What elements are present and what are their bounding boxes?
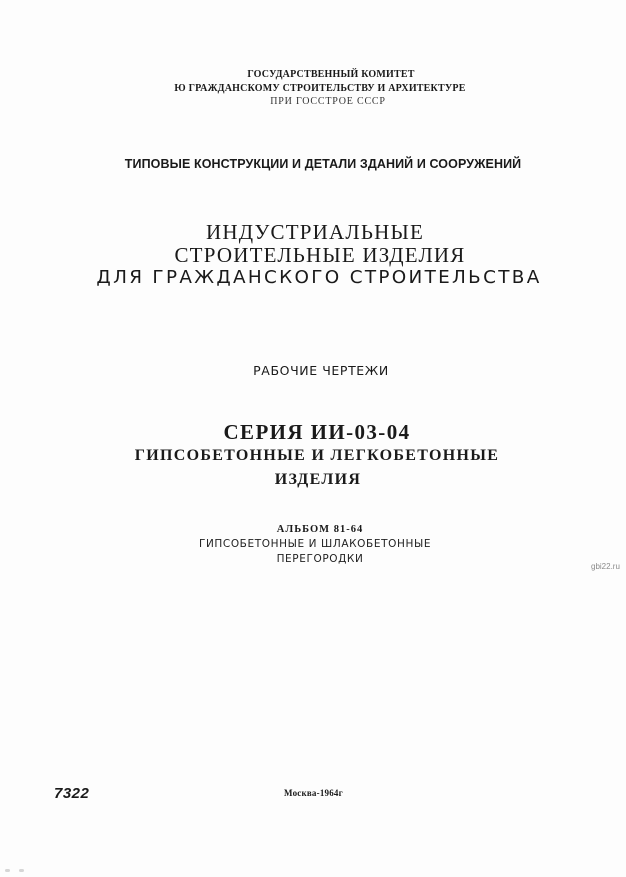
series-block: СЕРИЯ ИИ-03-04 ГИПСОБЕТОННЫЕ И ЛЕГКОБЕТО… — [0, 420, 626, 492]
series-code: СЕРИЯ ИИ-03-04 — [8, 420, 626, 444]
album-line-2: ПЕРЕГОРОДКИ — [14, 552, 626, 567]
place-and-year: Москва-1964г — [284, 788, 343, 798]
series-line-2: ИЗДЕЛИЯ — [10, 468, 626, 492]
album-line-1: ГИПСОБЕТОННЫЕ И ШЛАКОБЕТОННЫЕ — [4, 537, 626, 552]
main-title-line-3: ДЛЯ ГРАЖДАНСКОГО СТРОИТЕЛЬСТВА — [0, 267, 626, 290]
scan-artifact — [19, 869, 24, 872]
main-title-line-1: ИНДУСТРИАЛЬНЫЕ — [4, 221, 626, 244]
committee-line-3: ПРИ ГОССТРОЕ СССР — [30, 95, 626, 109]
watermark: gbi22.ru — [591, 562, 620, 571]
committee-header: ГОСУДАРСТВЕННЫЙ КОМИТЕТ Ю ГРАЖДАНСКОМУ С… — [0, 68, 626, 109]
album-number: АЛЬБОМ 81-64 — [14, 522, 626, 537]
committee-line-1: ГОСУДАРСТВЕННЫЙ КОМИТЕТ — [36, 68, 626, 82]
collection-title: ТИПОВЫЕ КОНСТРУКЦИИ И ДЕТАЛИ ЗДАНИЙ И СО… — [10, 157, 626, 171]
main-title-line-2: СТРОИТЕЛЬНЫЕ ИЗДЕЛИЯ — [14, 244, 626, 267]
committee-line-2: Ю ГРАЖДАНСКОМУ СТРОИТЕЛЬСТВУ И АРХИТЕКТУ… — [14, 82, 626, 96]
inventory-number: 7322 — [54, 785, 89, 802]
series-line-1: ГИПСОБЕТОННЫЕ И ЛЕГКОБЕТОННЫЕ — [8, 444, 626, 468]
album-block: АЛЬБОМ 81-64 ГИПСОБЕТОННЫЕ И ШЛАКОБЕТОНН… — [0, 522, 626, 567]
scan-artifact — [5, 869, 10, 872]
main-title: ИНДУСТРИАЛЬНЫЕ СТРОИТЕЛЬНЫЕ ИЗДЕЛИЯ ДЛЯ … — [0, 221, 626, 290]
document-type: РАБОЧИЕ ЧЕРТЕЖИ — [8, 363, 626, 378]
document-page: ГОСУДАРСТВЕННЫЙ КОМИТЕТ Ю ГРАЖДАНСКОМУ С… — [0, 0, 626, 877]
